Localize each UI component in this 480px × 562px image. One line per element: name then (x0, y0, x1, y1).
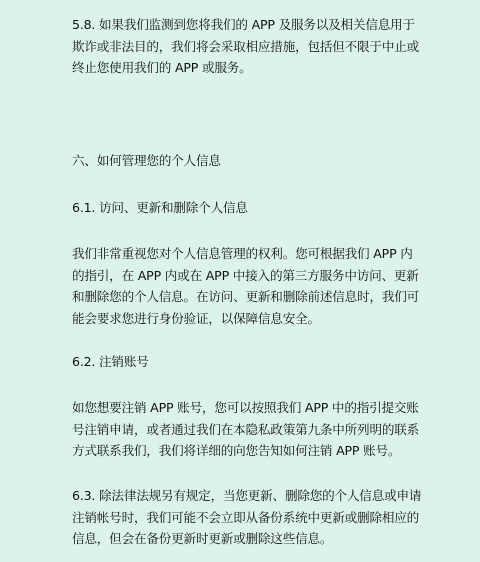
section-5-8-paragraph: 5.8. 如果我们监测到您将我们的 APP 及服务以及相关信息用于 欺诈或非法目… (72, 14, 410, 79)
section-6-2-subheading: 6.2. 注销账号 (72, 352, 410, 372)
section-6-heading: 六、如何管理您的个人信息 (72, 151, 410, 171)
text-line: 注销帐号时，我们可能不会立即从备份系统中更新或删除相应的 (72, 507, 410, 529)
section-6-2-paragraph: 如您想要注销 APP 账号，您可以按照我们 APP 中的指引提交账 号注销申请，… (72, 397, 410, 462)
text-line: 的指引，在 APP 内或在 APP 中接入的第三方服务中访问、更新 (72, 265, 410, 287)
text-line: 方式联系我们，我们将详细的向您告知如何注销 APP 账号。 (72, 440, 410, 462)
privacy-policy-document: 5.8. 如果我们监测到您将我们的 APP 及服务以及相关信息用于 欺诈或非法目… (0, 0, 480, 562)
text-line: 5.8. 如果我们监测到您将我们的 APP 及服务以及相关信息用于 (72, 14, 410, 36)
section-6-3-paragraph: 6.3. 除法律法规另有规定，当您更新、删除您的个人信息或申请 注销帐号时，我们… (72, 485, 410, 550)
text-line: 能会要求您进行身份验证，以保障信息安全。 (72, 308, 410, 330)
text-line: 终止您使用我们的 APP 或服务。 (72, 57, 410, 79)
section-6-1-subheading: 6.1. 访问、更新和删除个人信息 (72, 198, 410, 218)
text-line: 如您想要注销 APP 账号，您可以按照我们 APP 中的指引提交账 (72, 397, 410, 419)
section-6-1-paragraph: 我们非常重视您对个人信息管理的权利。您可根据我们 APP 内 的指引，在 APP… (72, 243, 410, 329)
text-line: 信息，但会在备份更新时更新或删除这些信息。 (72, 528, 410, 550)
text-line: 6.3. 除法律法规另有规定，当您更新、删除您的个人信息或申请 (72, 485, 410, 507)
text-line: 和删除您的个人信息。在访问、更新和删除前述信息时，我们可 (72, 286, 410, 308)
text-line: 我们非常重视您对个人信息管理的权利。您可根据我们 APP 内 (72, 243, 410, 265)
text-line: 欺诈或非法目的，我们将会采取相应措施，包括但不限于中止或 (72, 36, 410, 58)
text-line: 号注销申请，或者通过我们在本隐私政策第九条中所列明的联系 (72, 419, 410, 441)
